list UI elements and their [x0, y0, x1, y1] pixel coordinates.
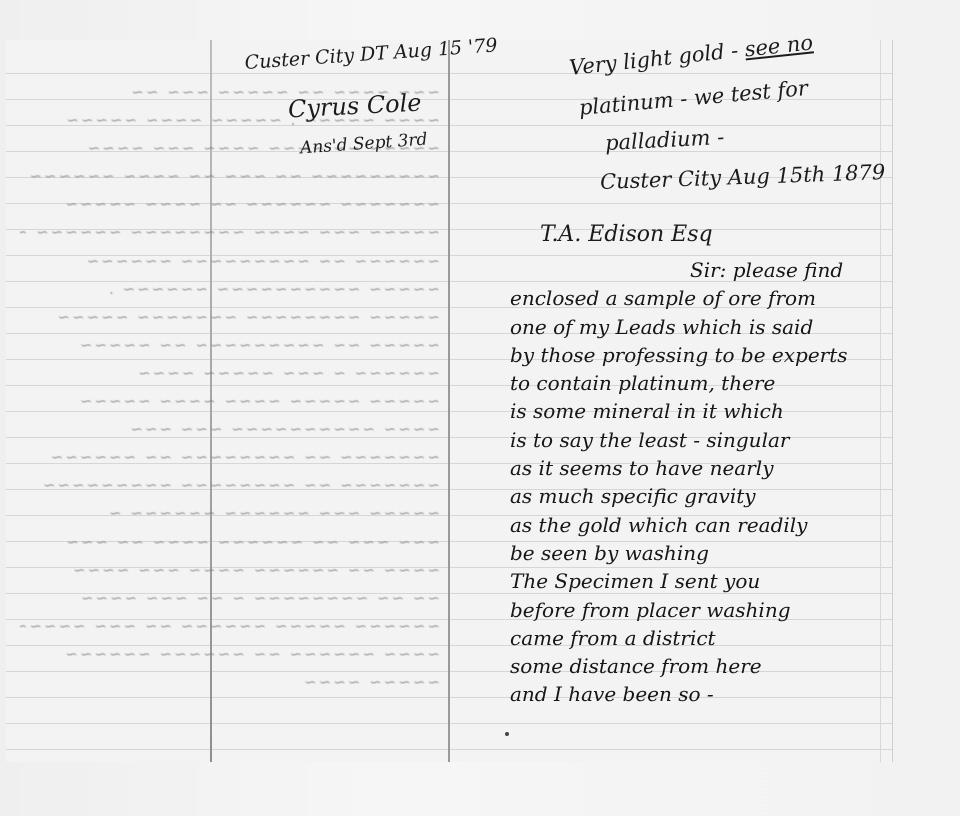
- bleed-line: ~~~~~~ ~~ ~~~~~~~~~ ~~~~~~: [20, 247, 440, 275]
- bleed-line: ~~~~~ ~~ ~~~~~~~~~ ~~ ~~~~~: [20, 331, 440, 359]
- letter-line: came from a district: [510, 624, 880, 652]
- bleed-line: ~~~~~~~ ~~ ~~~~~~~~ ~~ ~~~~~~: [20, 443, 440, 471]
- letter-line: and I have been so -: [510, 680, 880, 708]
- right-margin-line: [880, 40, 881, 762]
- letter-line: some distance from here: [510, 652, 880, 680]
- bleed-line: ~~~~~ ~~~~~~~~ ~~~~~~~ ~~~~~: [20, 303, 440, 331]
- bleed-line: ~~~~~ ~~~~: [20, 668, 440, 696]
- bleed-line: ~~~~~~~ ~~~~~~ ~~ ~~~~ ~~~~~: [20, 190, 440, 218]
- letter-line: by those professing to be experts: [510, 341, 880, 369]
- ink-dot: [505, 732, 509, 736]
- letter-line: one of my Leads which is said: [510, 313, 880, 341]
- bleed-line: ~~~~~ ~~~~~ ~~~~ ~~~~ ~~~~~: [20, 387, 440, 415]
- letter-line: Sir: please find: [510, 256, 880, 284]
- letter-line: as much specific gravity: [510, 482, 880, 510]
- bleed-line: ~~ ~~ ~~~~~~~~ ~ ~~ ~~~ ~~~~: [20, 584, 440, 612]
- bleed-line: ~~~ ~~~ ~~ ~~~~~~ ~~~~ ~~ ~~~: [20, 528, 440, 556]
- letter-line: before from placer washing: [510, 596, 880, 624]
- letter-line: is to say the least - singular: [510, 426, 880, 454]
- letter-line: The Specimen I sent you: [510, 567, 880, 595]
- letter-line: to contain platinum, there: [510, 369, 880, 397]
- letter-body: Sir: please find enclosed a sample of or…: [510, 256, 880, 709]
- bleed-line: ~~~~~ ~~~ ~~~~ ~~~~~~~~ ~~~~~~ ~~: [20, 218, 440, 246]
- bleed-line: ~~~~ ~~~~~~~~~~ ~~~ ~~~: [20, 415, 440, 443]
- letter-line: as it seems to have nearly: [510, 454, 880, 482]
- bleed-line: ~~~~ ~~~~~~ ~~ ~~~~~~ ~~~~~~: [20, 640, 440, 668]
- bleed-line: ~~~~~ ~~~ ~~~~~~ ~~~~~~ ~: [20, 499, 440, 527]
- bleed-through-text: ~~~ ~~~~ ~~ ~~~~~ ~~~ ~~ ~~~~ ~~~~~ . ~~…: [20, 78, 440, 696]
- letter-line: is some mineral in it which: [510, 397, 880, 425]
- bleed-line: ~~~~~~ ~~~~~ ~~~~~~ ~~ ~~~ ~~~~~: [20, 612, 440, 640]
- letter-salutation: T.A. Edison Esq: [540, 222, 713, 247]
- bleed-line: ~~~~~ ~~~~~~~~~~ ~~~~~~ .: [20, 275, 440, 303]
- letter-line: be seen by washing: [510, 539, 880, 567]
- bleed-line: ~~~~ ~~ ~~~~~~ ~~~~ ~~~ ~~~~: [20, 556, 440, 584]
- bleed-line: ~~~~~~~~~ ~~ ~~~ ~~ ~~~~ ~~~~~~: [20, 162, 440, 190]
- letter-line: enclosed a sample of ore from: [510, 284, 880, 312]
- bleed-line: ~~~~~~ ~ ~~~ ~~~~~ ~~~~: [20, 359, 440, 387]
- letter-line: as the gold which can readily: [510, 511, 880, 539]
- bleed-line: ~~~~~~~ ~~ ~~~~~~~~ ~~~~~~~~~: [20, 471, 440, 499]
